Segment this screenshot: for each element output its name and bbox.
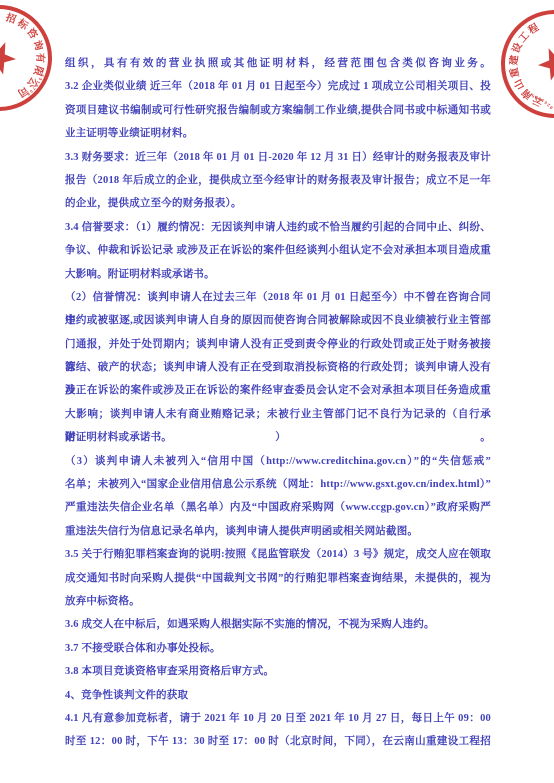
star-icon	[534, 42, 554, 83]
text-line: 违约或被驱逐,或因谈判申请人自身的原因而使咨询合同被解除或因不良业绩被行业主管部	[65, 309, 491, 332]
seal-ring	[0, 0, 56, 115]
text-line: 的企业，提供成立至今的财务报表）。	[65, 192, 491, 215]
text-line: （2）信誉情况：谈判申请人在过去三年（2018 年 01 月 01 日起至今）中…	[65, 286, 491, 309]
document-page: 组织，具有有效的营业执照或其他证明材料，经营范围包含类似咨询业务。3.2 企业类…	[0, 0, 554, 783]
text-line: 大影响；谈判申请人未有商业贿赂记录；未被行业主管部门记不良行为记录的（自行承诺）…	[65, 403, 491, 426]
star-icon	[0, 36, 20, 77]
text-line: 3.7 不接受联合体和办事处投标。	[65, 637, 491, 660]
company-seal-right: 云南山重建设工程 8201005	[494, 0, 554, 130]
seal-right-arc-text: 云南山重建设工程	[497, 19, 554, 114]
text-line: 3.5 关于行贿犯罪档案查询的说明:按照《昆监管联发（2014）3 号》规定，成…	[65, 543, 491, 566]
text-line: 成交通知书时向采购人提供“中国裁判文书网”的行贿犯罪档案查询结果，未提供的，视为	[65, 567, 491, 590]
text-line: 名单；未被列入“国家企业信用信息公示系统（网址：http://www.gsxt.…	[65, 473, 491, 496]
svg-text:5315700: 5315700	[24, 72, 45, 100]
text-line: 重违法失信行为信息记录名单内，谈判申请人提供声明函或相关网站截图。	[65, 520, 491, 543]
text-line: 3.4 信誉要求：（1）履约情况：无因谈判申请人违约或不恰当履约引起的合同中止、…	[65, 216, 491, 239]
text-line: 报告（2018 年后成立的企业，提供成立至今经审计的财务报表及审计报告；成立不足…	[65, 169, 491, 192]
text-line: 3.2 企业类似业绩 近三年（2018 年 01 月 01 日起至今）完成过 1…	[65, 75, 491, 98]
text-line: 严重违法失信企业名单（黑名单）内及“中国政府采购网（www.ccgp.gov.c…	[65, 496, 491, 519]
text-line: 3.3 财务要求：近三年（2018 年 01 月 01 日-2020 年 12 …	[65, 146, 491, 169]
seal-ring	[494, 1, 554, 127]
seal-left-arc-text: 招标咨询有限公司	[0, 10, 54, 104]
seal-right-serial: 8201005	[529, 88, 554, 114]
company-seal-left: 招标咨询有限公司 5315700	[0, 0, 56, 116]
text-line: 及正在诉讼的案件或涉及正在诉讼的案件经审查委员会认定不会对承担本项目任务造成重	[65, 379, 491, 402]
text-line: 大影响。附证明材料或承诺书。	[65, 263, 491, 286]
svg-text:招标咨询有限公司: 招标咨询有限公司	[0, 10, 54, 104]
text-line: （3）谈判申请人未被列入“信用中国（http://www.creditchina…	[65, 450, 491, 473]
text-line: 3.6 成交人在中标后，如遇采购人根据实际不实施的情况，不视为采购人违约。	[65, 613, 491, 636]
text-line: 4.1 凡有意参加竞标者，请于 2021 年 10 月 20 日至 2021 年…	[65, 707, 491, 730]
text-line: 3.8 本项目竞谈资格审查采用资格后审方式。	[65, 660, 491, 683]
svg-text:8201005: 8201005	[529, 88, 554, 114]
text-line: 放弃中标资格。	[65, 590, 491, 613]
text-line: 组织，具有有效的营业执照或其他证明材料，经营范围包含类似咨询业务。	[65, 52, 491, 75]
text-line: 资项目建议书编制或可行性研究报告编制或方案编制工作业绩,提供合同书或中标通知书或	[65, 99, 491, 122]
document-body: 组织，具有有效的营业执照或其他证明材料，经营范围包含类似咨询业务。3.2 企业类…	[65, 52, 491, 754]
svg-text:云南山重建设工程: 云南山重建设工程	[497, 19, 554, 114]
seal-left-serial: 5315700	[24, 72, 45, 100]
text-line: 争议、仲裁和诉讼记录 或涉及正在诉讼的案件但经谈判小组认定不会对承担本项目造成重	[65, 239, 491, 262]
text-line: 门通报，并处于处罚期内；谈判申请人没有正受到责令停业的行政处罚或正处于财务被接管	[65, 333, 491, 356]
text-line: 冻结、破产的状态；谈判申请人没有正在受到取消投标资格的行政处罚；谈判申请人没有涉	[65, 356, 491, 379]
text-line: 4、竞争性谈判文件的获取	[65, 684, 491, 707]
text-line: 业主证明等业绩证明材料。	[65, 122, 491, 145]
text-line: 时至 12：00 时，下午 13：30 时至 17：00 时（北京时间，下同），…	[65, 730, 491, 753]
